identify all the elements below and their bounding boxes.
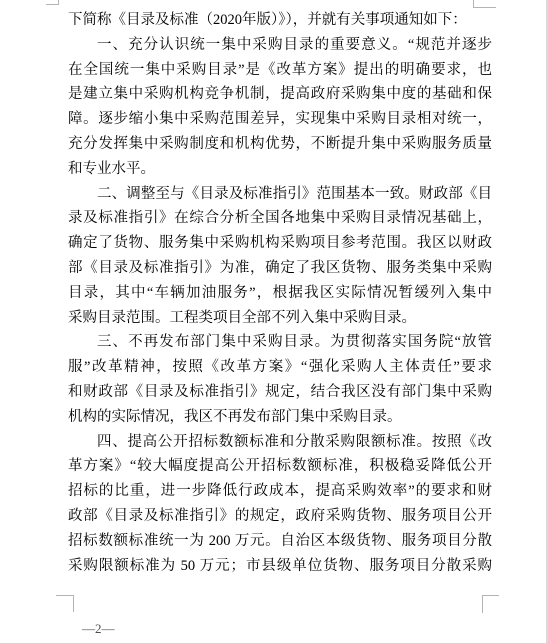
crop-mark-top-right [473, 0, 496, 8]
text-line: 招标的比重，进一步降低行政成本，提高采购效率”的要求和财 [68, 479, 492, 504]
text-line: 确定了货物、服务集中采购机构采购项目参考范围。我区以财政 [68, 231, 492, 256]
text-line: 采购限额标准为 50 万元；市县级单位货物、服务项目分散采购 [68, 554, 492, 579]
text-line: 是建立集中采购机构竞争机制，提高政府采购集中度的基础和保 [68, 82, 492, 107]
text-line: 和专业水平。 [68, 157, 492, 182]
text-line: 三、不再发布部门集中采购目录。为贯彻落实国务院“放管 [68, 330, 492, 355]
text-line: 目录，其中“车辆加油服务”，根据我区实际情况暂缓列入集中 [68, 281, 492, 306]
document-body: 下简称《目录及标准（2020年版）》），并就有关事项通知如下：一、充分认识统一集… [68, 8, 492, 578]
text-line: 在全国统一集中采购目录”是《改革方案》提出的明确要求，也 [68, 58, 492, 83]
text-line: 政部《目录及标准指引》的规定，政府采购货物、服务项目公开 [68, 504, 492, 529]
document-page: { "page": { "number_label": "—2—" }, "co… [0, 0, 548, 643]
text-line: 部《目录及标准指引》为准，确定了我区货物、服务类集中采购 [68, 256, 492, 281]
text-line: 服”改革精神，按照《改革方案》“强化采购人主体责任”要求 [68, 355, 492, 380]
text-line: 一、充分认识统一集中采购目录的重要意义。“规范并逐步 [68, 33, 492, 58]
text-line: 四、提高公开招标数额标准和分散采购限额标准。按照《改 [68, 430, 492, 455]
text-line: 招标数额标准统一为 200 万元。自治区本级货物、服务项目分散 [68, 529, 492, 554]
crop-mark-bottom-right [482, 595, 499, 613]
text-line: 障。逐步缩小集中采购范围差异，实现集中采购目录相对统一， [68, 107, 492, 132]
crop-mark-top-left [46, 0, 59, 5]
text-line: 和财政部《目录及标准指引》规定，结合我区没有部门集中采购 [68, 380, 492, 405]
page-number: —2— [82, 622, 115, 636]
text-line: 革方案》“较大幅度提高公开招标数额标准，积极稳妥降低公开 [68, 454, 492, 479]
text-line: 下简称《目录及标准（2020年版）》），并就有关事项通知如下： [68, 8, 492, 33]
text-line: 采购目录范围。工程类项目全部不列入集中采购目录。 [68, 306, 492, 331]
text-line: 二、调整至与《目录及标准指引》范围基本一致。财政部《目 [68, 182, 492, 207]
text-line: 充分发挥集中采购制度和机构优势，不断提升集中采购服务质量 [68, 132, 492, 157]
crop-mark-bottom-left [56, 595, 74, 612]
text-line: 录及标准指引》在综合分析全国各地集中采购目录情况基础上， [68, 206, 492, 231]
text-line: 机构的实际情况，我区不再发布部门集中采购目录。 [68, 405, 492, 430]
